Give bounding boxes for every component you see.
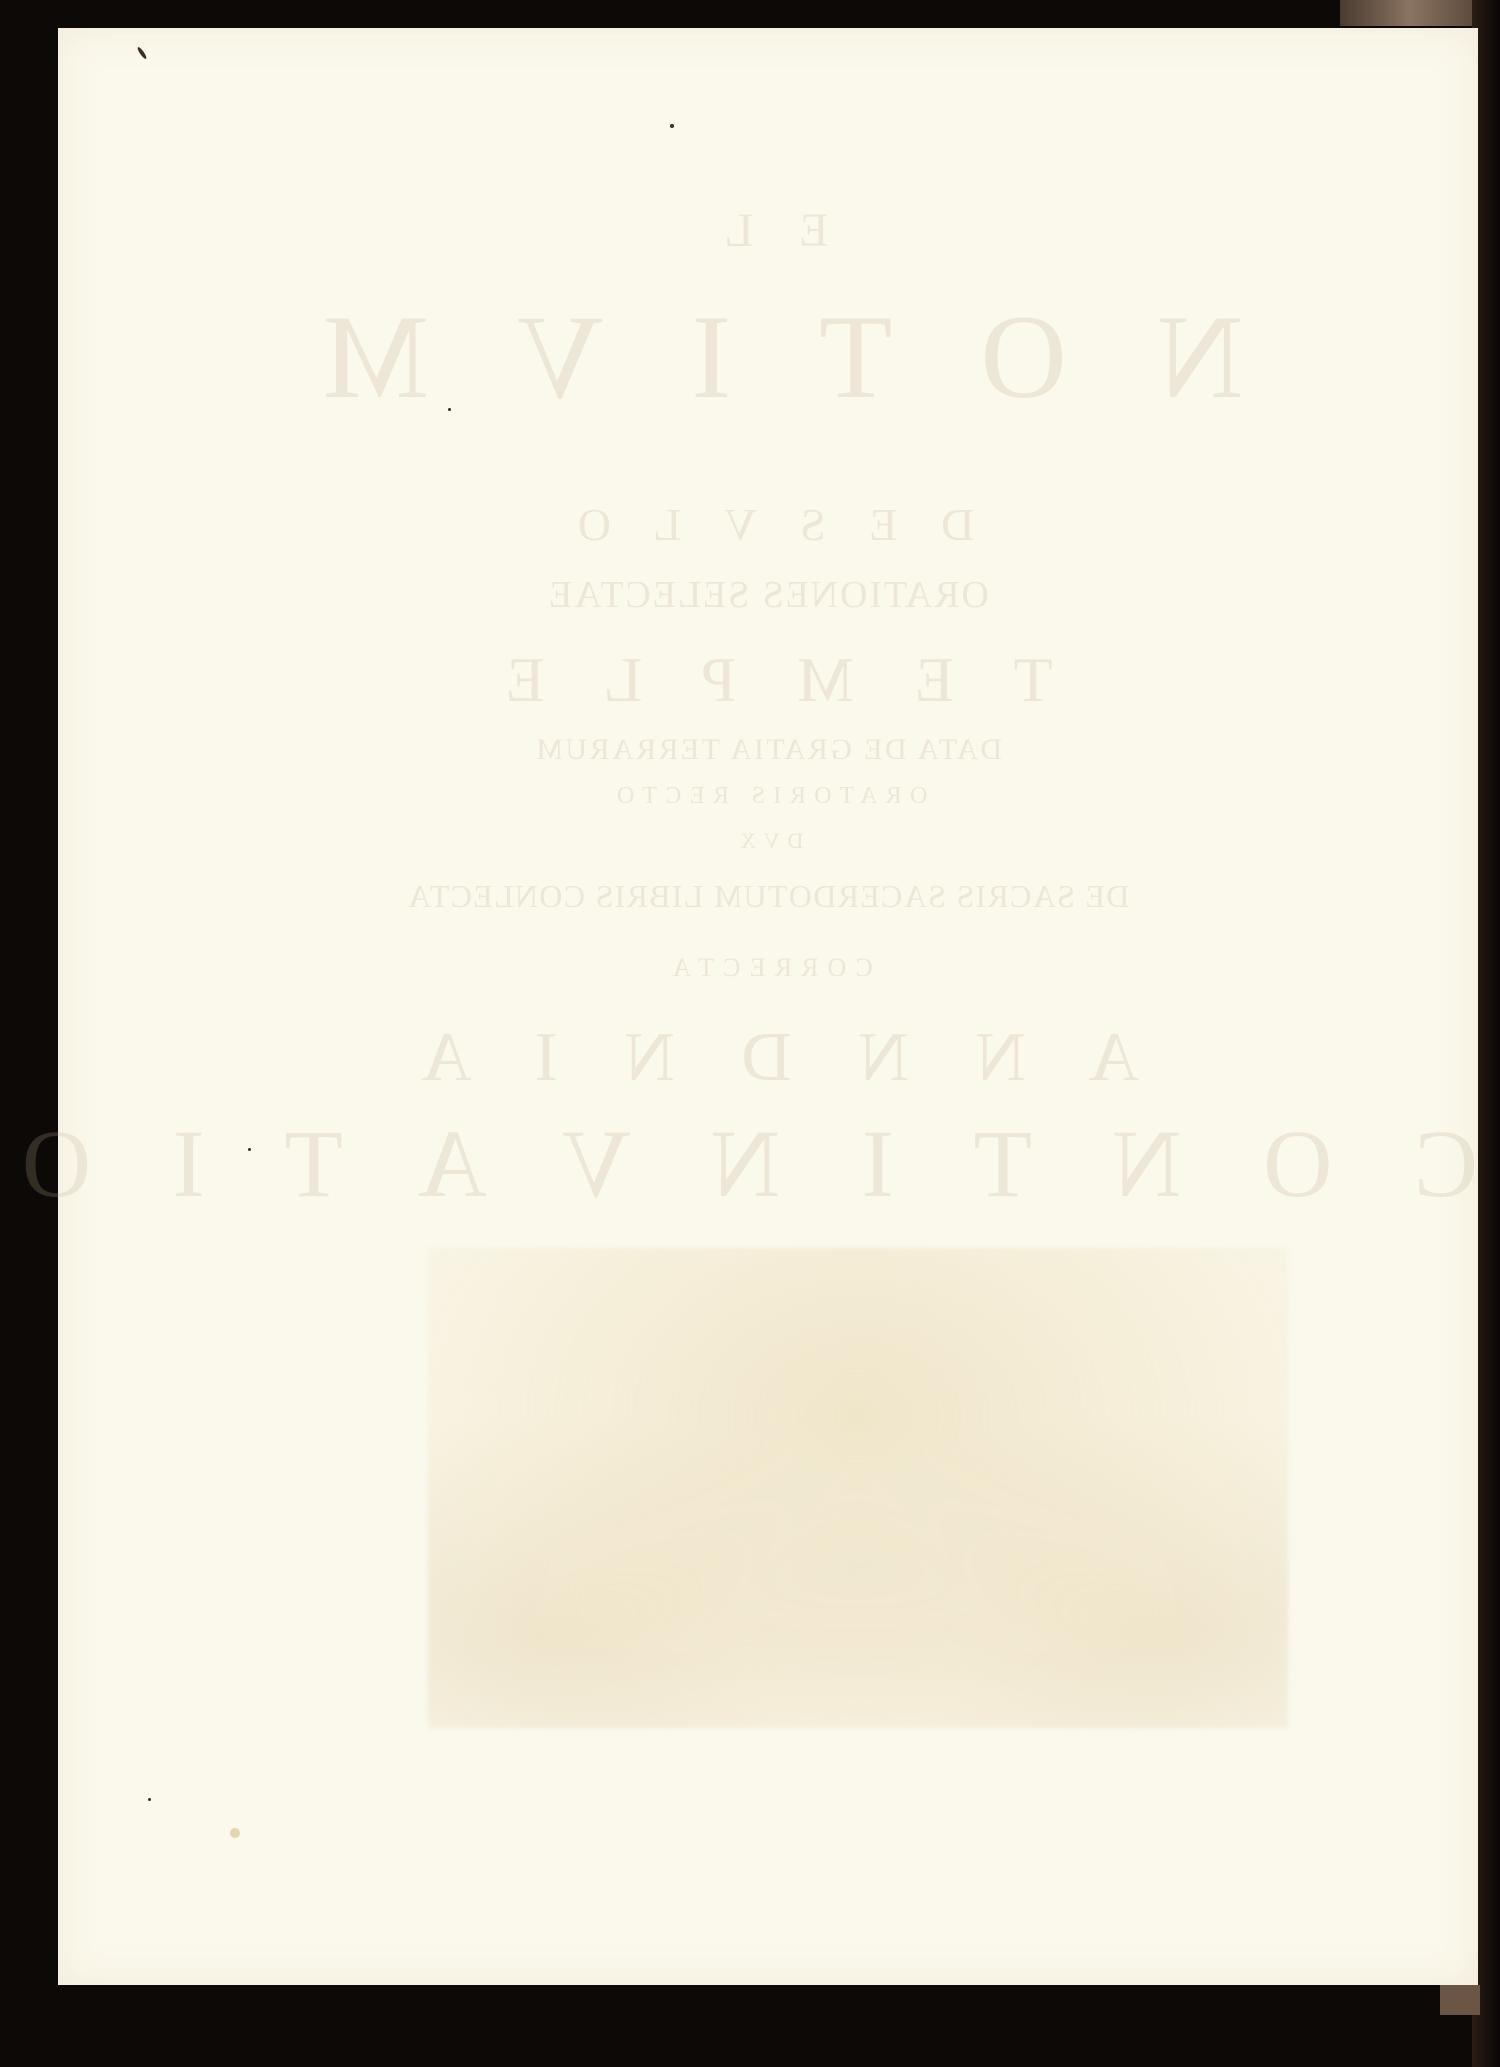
bleed-text-line: DE SACRIS SACERDOTUM LIBRIS CONLECTA bbox=[58, 878, 1478, 915]
scan-edge-top bbox=[1340, 0, 1480, 26]
bleed-text-line: D E S V L O bbox=[58, 498, 1478, 551]
bleed-text-line: CORRECTA bbox=[58, 953, 1478, 983]
paper-speck bbox=[136, 46, 147, 60]
bleed-text-line: DATA DE GRATIA TERRARUM bbox=[58, 733, 1478, 767]
paper-speck bbox=[230, 1828, 240, 1838]
paper-speck bbox=[448, 408, 451, 411]
bleed-text-line: DVX bbox=[58, 828, 1478, 854]
bleed-text-line: ORATORIS RECTO bbox=[58, 783, 1478, 810]
bleed-text-line: E L bbox=[58, 203, 1478, 258]
bleed-text-line: C O N T I N V A T I O bbox=[58, 1108, 1478, 1219]
paper-speck bbox=[148, 1798, 151, 1801]
bleed-text-line: A N N D N I A bbox=[58, 1018, 1478, 1098]
bleed-text-line: T E M P L E bbox=[58, 643, 1478, 717]
paper-speck bbox=[248, 1148, 251, 1151]
paper-speck bbox=[670, 124, 674, 128]
bleed-text-line: N O T I V M bbox=[58, 288, 1478, 426]
scan-edge-bottom bbox=[1440, 1985, 1480, 2015]
bleed-vignette-ornament bbox=[428, 1248, 1288, 1728]
bleed-text-line: ORATIONES SELECTAE bbox=[58, 573, 1478, 617]
scanned-page: E L N O T I V M D E S V L O ORATIONES SE… bbox=[58, 28, 1478, 1985]
